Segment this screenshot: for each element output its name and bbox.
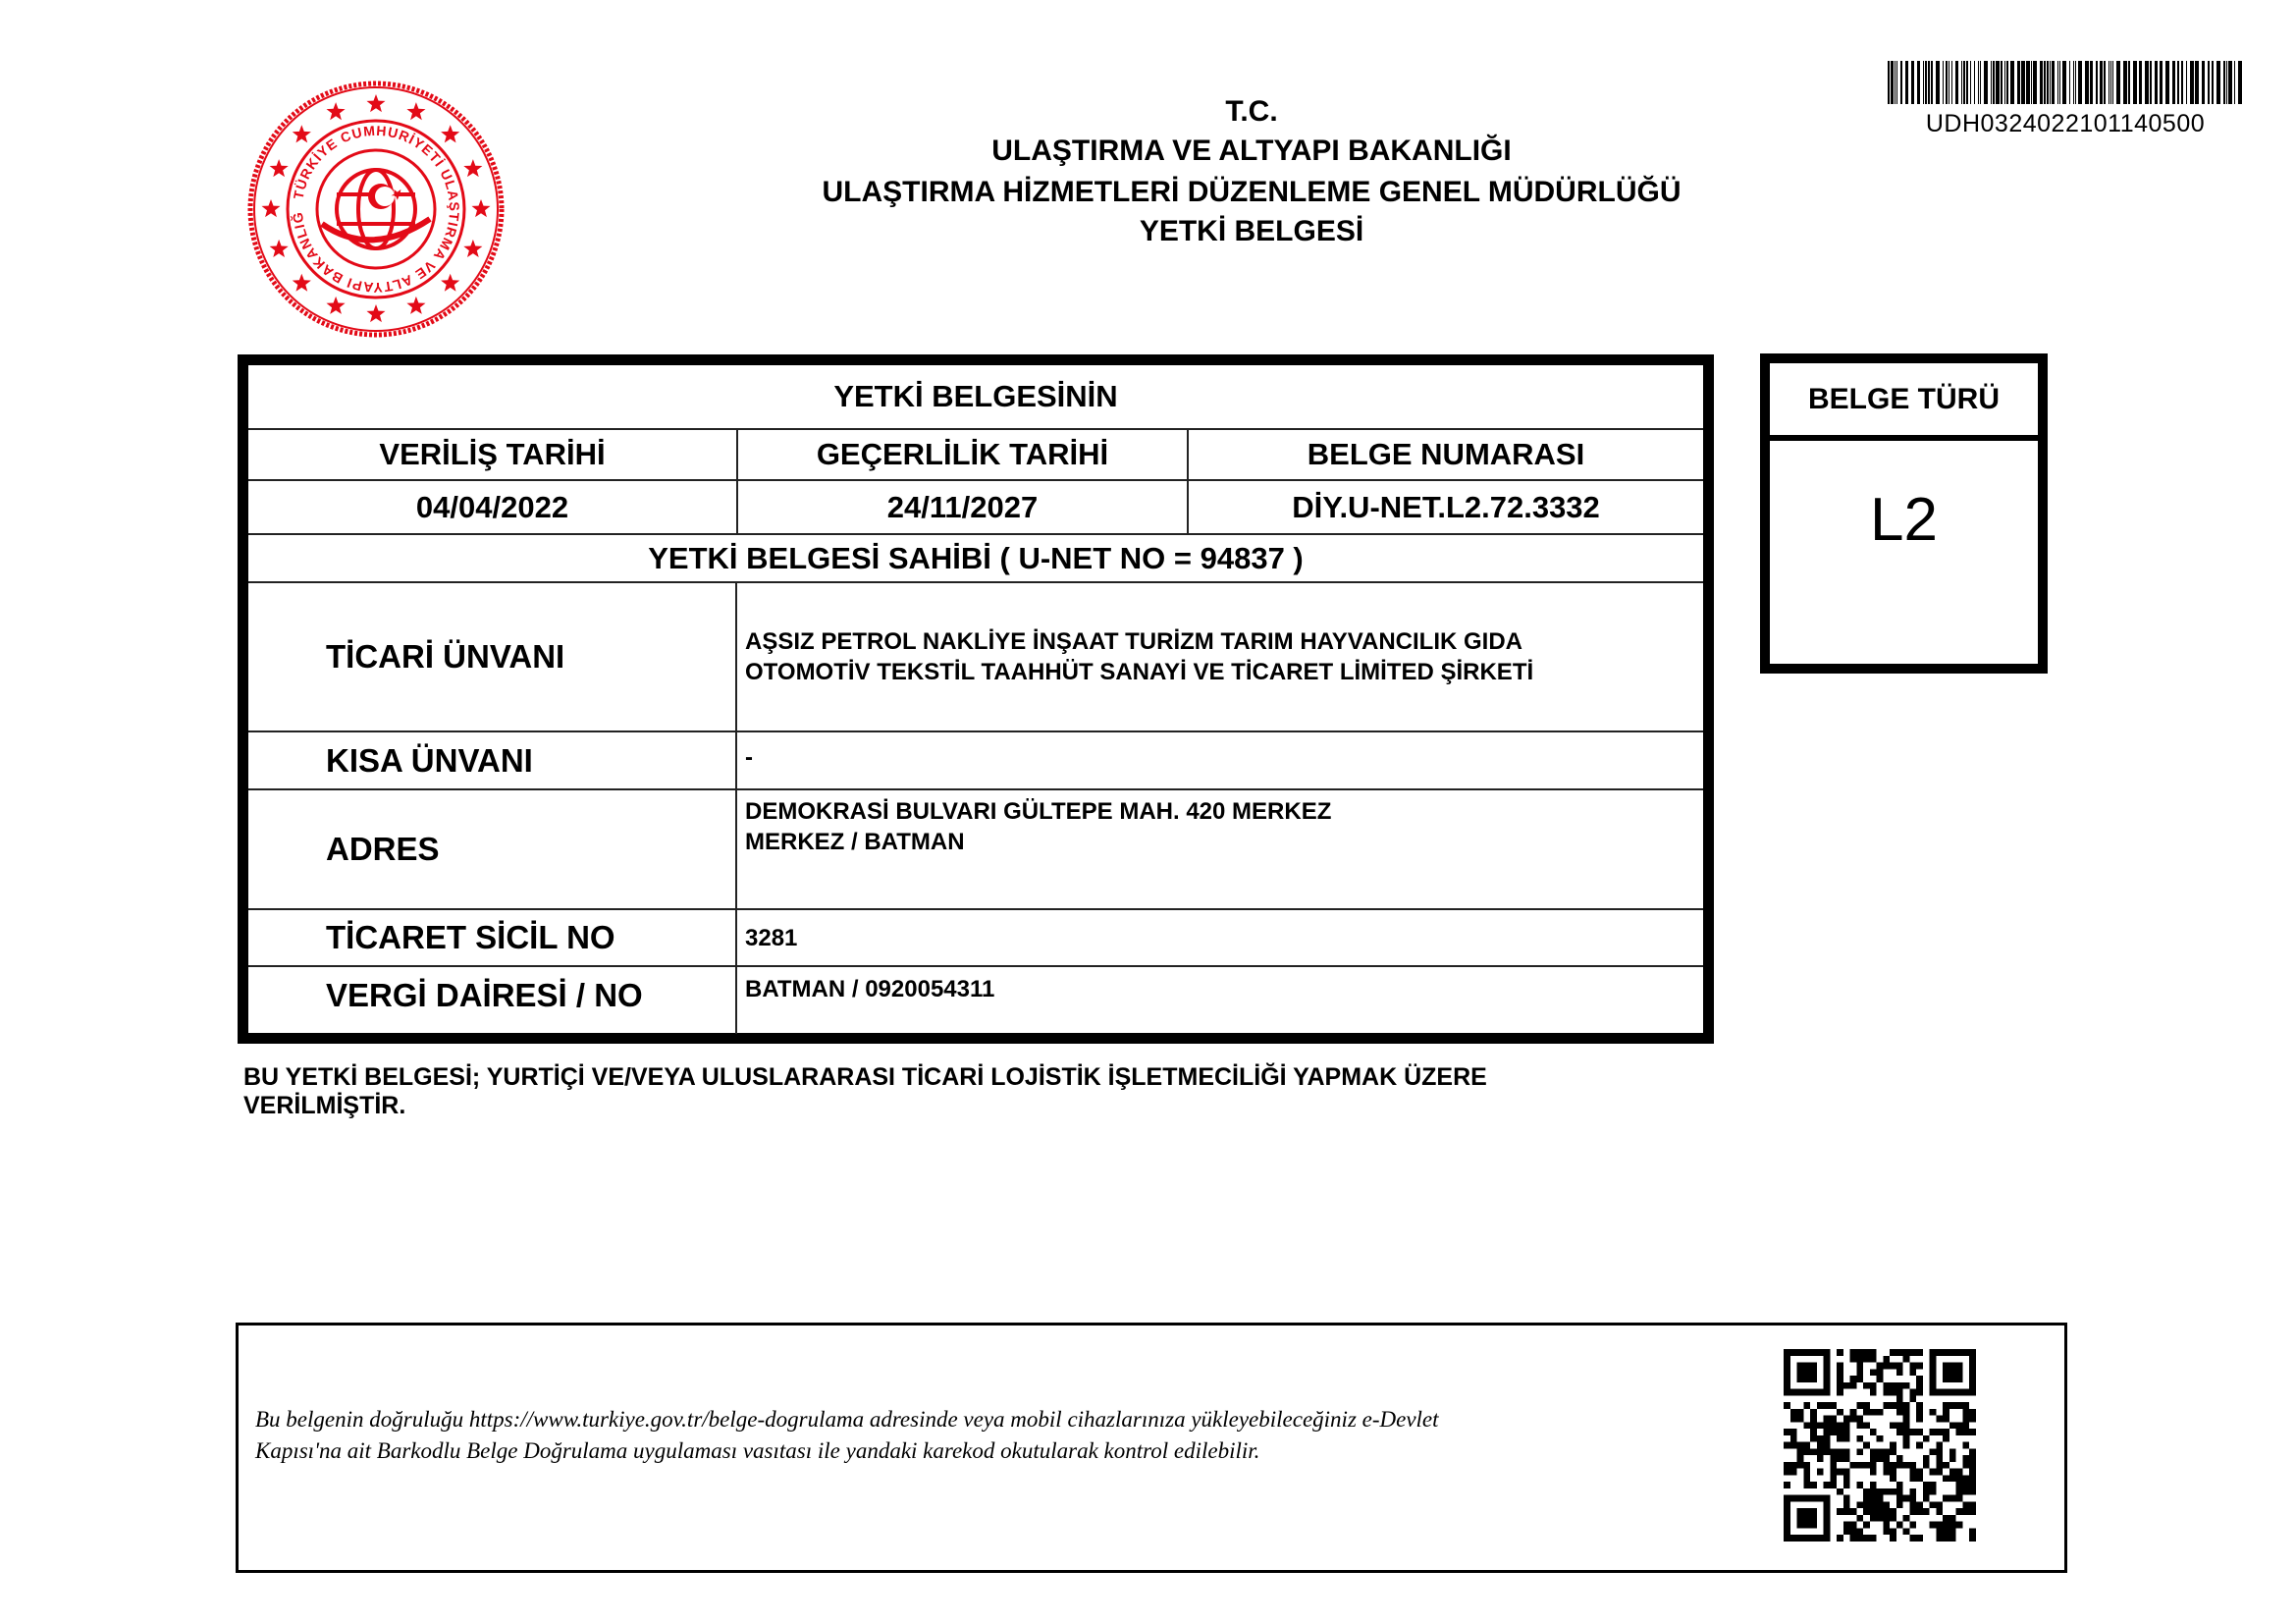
- ministry-seal-icon: TÜRKİYE CUMHURİYETİ ULAŞTIRMA VE ALTYAPI…: [243, 77, 508, 342]
- certificate-table: YETKİ BELGESİNİN VERİLİŞ TARİHİ GEÇERLİL…: [238, 354, 1714, 1044]
- issue-date-value: 04/04/2022: [248, 481, 736, 533]
- statement-line-2: VERİLMİŞTİR.: [243, 1092, 1716, 1120]
- authorization-statement: BU YETKİ BELGESİ; YURTİÇİ VE/VEYA ULUSLA…: [243, 1063, 1716, 1120]
- value-tax-office: BATMAN / 0920054311: [737, 967, 1703, 1010]
- barcode-number: UDH0324022101140500: [1888, 110, 2243, 138]
- header-directorate: ULAŞTIRMA HİZMETLERİ DÜZENLEME GENEL MÜD…: [687, 175, 1816, 210]
- label-trade-registry-no: TİCARET SİCİL NO: [248, 910, 735, 965]
- header-document-title: YETKİ BELGESİ: [687, 214, 1816, 249]
- document-type-label: BELGE TÜRÜ: [1770, 363, 2038, 441]
- verification-text: Bu belgenin doğruluğu https://www.turkiy…: [255, 1404, 1747, 1467]
- verification-line-1: Bu belgenin doğruluğu https://www.turkiy…: [255, 1404, 1747, 1435]
- value-short-name: -: [737, 732, 1703, 782]
- label-trade-name: TİCARİ ÜNVANI: [248, 583, 735, 730]
- certificate-title: YETKİ BELGESİNİN: [248, 365, 1703, 428]
- trade-name-line-2: OTOMOTİV TEKSTİL TAAHHÜT SANAYİ VE TİCAR…: [745, 657, 1533, 687]
- value-trade-name: AŞSIZ PETROL NAKLİYE İNŞAAT TURİZM TARIM…: [737, 583, 1703, 730]
- owner-heading: YETKİ BELGESİ SAHİBİ ( U-NET NO = 94837 …: [248, 535, 1703, 581]
- trade-name-line-1: AŞSIZ PETROL NAKLİYE İNŞAAT TURİZM TARIM…: [745, 626, 1522, 657]
- verification-line-2: Kapısı'na ait Barkodlu Belge Doğrulama u…: [255, 1435, 1747, 1467]
- qr-code-icon: [1784, 1349, 1976, 1542]
- header-ministry: ULAŞTIRMA VE ALTYAPI BAKANLIĞI: [687, 134, 1816, 169]
- barcode-icon: [1888, 61, 2243, 104]
- column-validity-date: GEÇERLİLİK TARİHİ: [738, 430, 1187, 479]
- statement-line-1: BU YETKİ BELGESİ; YURTİÇİ VE/VEYA ULUSLA…: [243, 1063, 1716, 1092]
- column-document-number: BELGE NUMARASI: [1189, 430, 1703, 479]
- address-line-2: MERKEZ / BATMAN: [745, 827, 965, 857]
- label-tax-office: VERGİ DAİRESİ / NO: [248, 967, 735, 1024]
- value-trade-registry-no: 3281: [737, 910, 1703, 965]
- label-address: ADRES: [248, 790, 735, 908]
- document-type-box: BELGE TÜRÜ L2: [1760, 353, 2048, 674]
- header-tc: T.C.: [687, 94, 1816, 130]
- value-address: DEMOKRASİ BULVARI GÜLTEPE MAH. 420 MERKE…: [737, 790, 1703, 908]
- verification-box: Bu belgenin doğruluğu https://www.turkiy…: [236, 1323, 2067, 1573]
- label-short-name: KISA ÜNVANI: [248, 732, 735, 788]
- validity-date-value: 24/11/2027: [738, 481, 1187, 533]
- document-type-value: L2: [1770, 441, 2038, 598]
- address-line-1: DEMOKRASİ BULVARI GÜLTEPE MAH. 420 MERKE…: [745, 796, 1331, 827]
- document-number-value: DİY.U-NET.L2.72.3332: [1189, 481, 1703, 533]
- column-issue-date: VERİLİŞ TARİHİ: [248, 430, 736, 479]
